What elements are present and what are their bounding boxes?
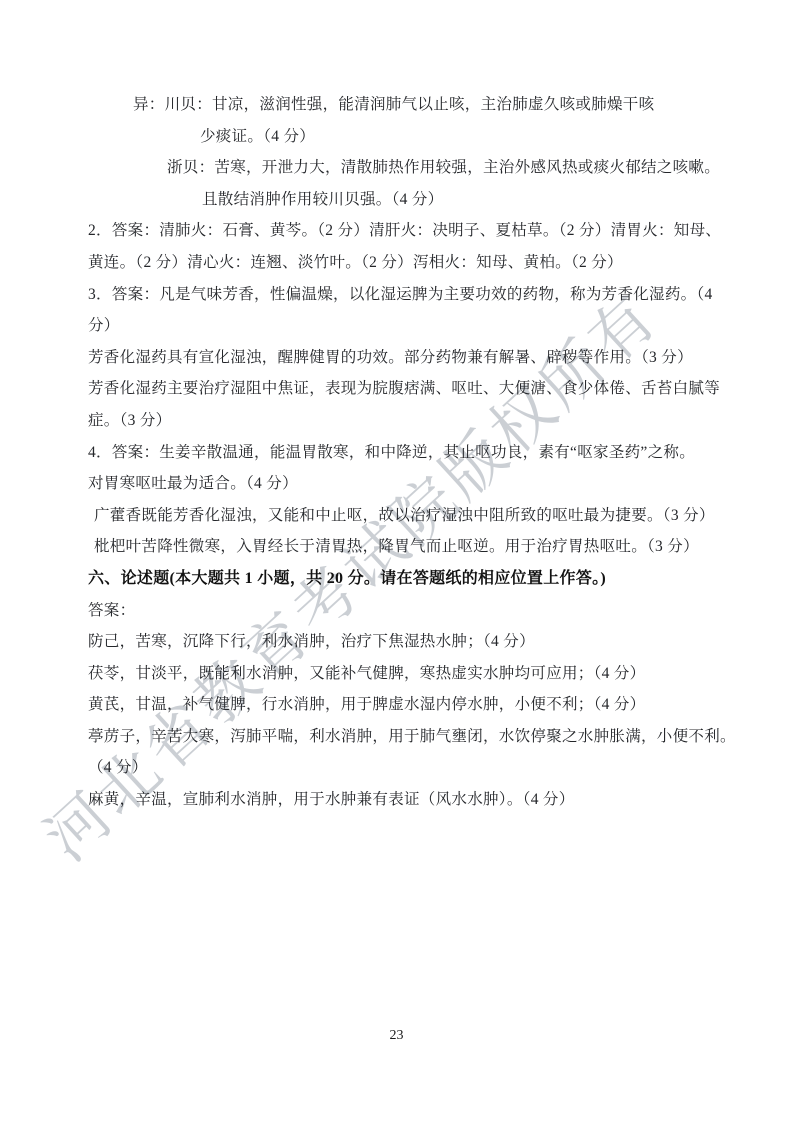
page-number: 23 xyxy=(0,1028,793,1044)
text-line: 分） xyxy=(88,310,707,342)
text-line: 症。（3 分） xyxy=(88,405,707,437)
text-line: 2．答案：清肺火：石膏、黄芩。（2 分）清肝火：决明子、夏枯草。（2 分）清胃火… xyxy=(88,215,707,247)
text-line: 4．答案：生姜辛散温通，能温胃散寒，和中降逆，其止呕功良，素有“呕家圣药”之称。 xyxy=(88,437,707,469)
text-line: 广藿香既能芳香化湿浊，又能和中止呕，故以治疗湿浊中阻所致的呕吐最为捷要。（3 分… xyxy=(88,500,707,532)
text-line: 黄芪，甘温，补气健脾，行水消肿，用于脾虚水湿内停水肿，小便不利；（4 分） xyxy=(88,689,707,721)
text-line: 防己，苦寒，沉降下行，利水消肿，治疗下焦湿热水肿；（4 分） xyxy=(88,626,707,658)
text-line: 对胃寒呕吐最为适合。（4 分） xyxy=(88,468,707,500)
text-line: 少痰证。（4 分） xyxy=(88,121,707,153)
text-line: 答案： xyxy=(88,595,707,627)
text-line: 且散结消肿作用较川贝强。（4 分） xyxy=(88,184,707,216)
text-line: 芳香化湿药具有宣化湿浊，醒脾健胃的功效。部分药物兼有解暑、辟秽等作用。（3 分） xyxy=(88,342,707,374)
text-line: 麻黄，辛温，宣肺利水消肿，用于水肿兼有表证（风水水肿）。（4 分） xyxy=(88,784,707,816)
document-page: 河北省教育考试院版权所有 异：川贝：甘凉，滋润性强，能清润肺气以止咳，主治肺虚久… xyxy=(0,0,793,1123)
text-line: 茯苓，甘淡平，既能利水消肿，又能补气健脾，寒热虚实水肿均可应用；（4 分） xyxy=(88,658,707,690)
text-line: 3．答案：凡是气味芳香，性偏温燥，以化湿运脾为主要功效的药物，称为芳香化湿药。（… xyxy=(88,279,707,311)
text-line: 浙贝：苦寒，开泄力大，清散肺热作用较强，主治外感风热或痰火郁结之咳嗽。 xyxy=(88,152,707,184)
text-line: 芳香化湿药主要治疗湿阻中焦证，表现为脘腹痞满、呕吐、大便溏、食少体倦、舌苔白腻等 xyxy=(88,373,707,405)
text-line: 异：川贝：甘凉，滋润性强，能清润肺气以止咳，主治肺虚久咳或肺燥干咳 xyxy=(88,89,707,121)
document-content: 异：川贝：甘凉，滋润性强，能清润肺气以止咳，主治肺虚久咳或肺燥干咳 少痰证。（4… xyxy=(0,0,793,816)
text-line: 葶苈子，辛苦大寒，泻肺平喘，利水消肿，用于肺气壅闭，水饮停聚之水肿胀满，小便不利… xyxy=(88,721,707,753)
text-line: （4 分） xyxy=(88,752,707,784)
text-line: 黄连。（2 分）清心火：连翘、淡竹叶。（2 分）泻相火：知母、黄柏。（2 分） xyxy=(88,247,707,279)
section-heading: 六、论述题(本大题共 1 小题，共 20 分。请在答题纸的相应位置上作答。) xyxy=(88,563,707,595)
text-line: 枇杷叶苦降性微寒，入胃经长于清胃热，降胃气而止呕逆。用于治疗胃热呕吐。（3 分） xyxy=(88,531,707,563)
